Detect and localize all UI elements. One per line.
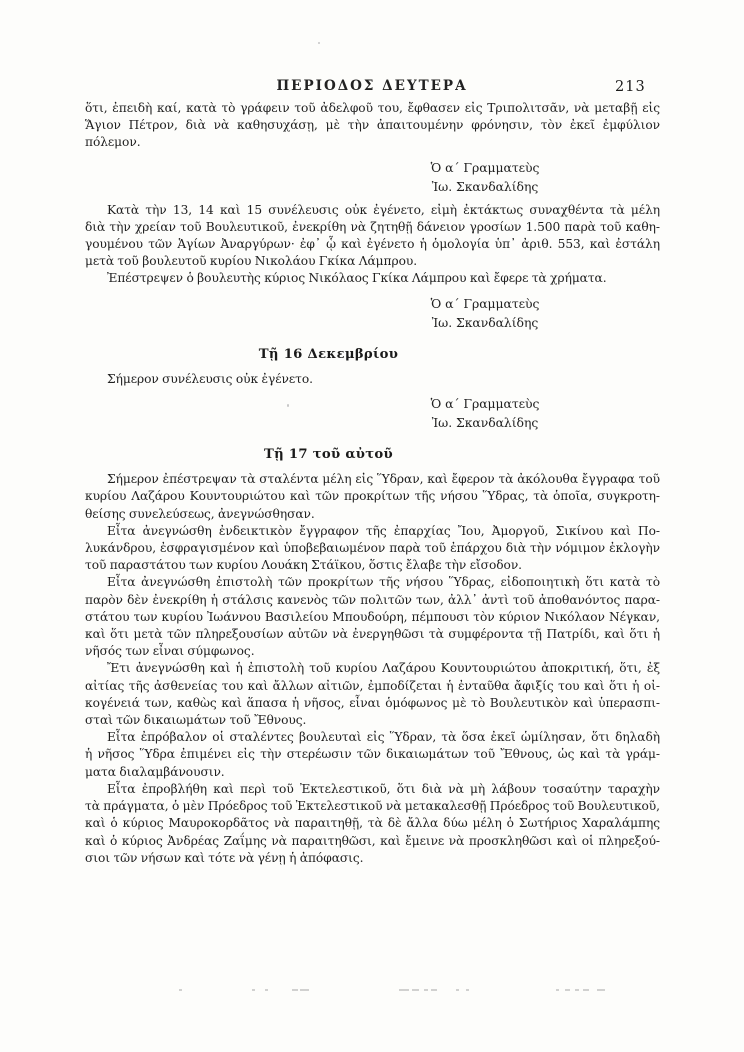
signature-block: Ὁ α΄ ΓραμματεὺςἸω. Σκανδαλίδης	[405, 294, 565, 332]
text-line: σταὶ τῶν δικαιωμάτων τοῦ Ἔθνους.	[85, 712, 660, 729]
text-line: καὶ ὁ κύριος Ἀνδρέας Ζαΐμης νὰ παραιτηθῶ…	[85, 833, 660, 850]
text-line: αἰτίας τῆς ἀσθενείας του καὶ ἄλλων αἰτιῶ…	[85, 678, 660, 695]
paragraph: Ἔτι ἀνεγνώσθη καὶ ἡ ἐπιστολὴ τοῦ κυρίου …	[85, 660, 660, 729]
text-line: κυρίου Λαζάρου Κουντουριώτου καὶ τῶν προ…	[85, 488, 660, 505]
text-line: Εἶτα ἐπροβλήθη καὶ περὶ τοῦ Ἐκτελεστικοῦ…	[85, 781, 660, 798]
text-line: Κατὰ τὴν 13, 14 καὶ 15 συνέλευσις οὐκ ἐγ…	[85, 202, 660, 219]
text-line: Εἶτα ἀνεγνώσθη ἐπιστολὴ τῶν προκρίτων τῆ…	[85, 574, 660, 591]
text-line: στάτου των κυρίου Ἰωάννου Βασιλείου Μπου…	[85, 609, 660, 626]
text-line: ἡ νῆσος Ὕδρα ἐπιμένει εἰς τὴν στερέωσιν …	[85, 746, 660, 763]
paragraph: Ἐπέστρεψεν ὁ βουλευτὴς κύριος Νικόλαος Γ…	[85, 270, 660, 287]
signature-name: Ἰω. Σκανδαλίδης	[405, 313, 565, 332]
text-line: νῆσός των εἶναι σύμφωνος.	[85, 643, 660, 660]
section-heading: Τῇ 17 τοῦ αὐτοῦ	[41, 446, 616, 463]
section-heading: Τῇ 16 Δεκεμβρίου	[41, 346, 616, 363]
text-line: Σήμερον ἐπέστρεψαν τὰ σταλέντα μέλη εἰς …	[85, 471, 660, 488]
scan-speck	[318, 42, 320, 44]
paragraph: Εἶτα ἐπρόβαλον οἱ σταλέντες βουλευταὶ εἰ…	[85, 729, 660, 781]
paragraph: Εἶτα ἀνεγνώσθη ἐνδεικτικὸν ἔγγραφον τῆς …	[85, 523, 660, 575]
paragraph: ὅτι, ἐπειδὴ καί, κατὰ τὸ γράφειν τοῦ ἀδε…	[85, 100, 660, 152]
paragraph: Σήμερον ἐπέστρεψαν τὰ σταλέντα μέλη εἰς …	[85, 471, 660, 523]
paragraph: Εἶτα ἀνεγνώσθη ἐπιστολὴ τῶν προκρίτων τῆ…	[85, 574, 660, 660]
scanned-book-page: ΠΕΡΙΟΔΟΣ ΔΕΥΤΕΡΑ 213 ὅτι, ἐπειδὴ καί, κα…	[0, 0, 744, 1052]
text-line: κογένειά των, καθὼς καὶ ἅπασα ἡ νῆσος, ε…	[85, 695, 660, 712]
text-line: τὰ πράγματα, ὁ μὲν Πρόεδρος τοῦ Ἐκτελεστ…	[85, 798, 660, 815]
text-line: Εἶτα ἀνεγνώσθη ἐνδεικτικὸν ἔγγραφον τῆς …	[85, 523, 660, 540]
paragraph: Εἶτα ἐπροβλήθη καὶ περὶ τοῦ Ἐκτελεστικοῦ…	[85, 781, 660, 867]
text-line: Σήμερον συνέλευσις οὐκ ἐγένετο.	[85, 371, 660, 388]
text-line: θείσης συνελεύσεως, ἀνεγνώσθησαν.	[85, 506, 660, 523]
text-line: διὰ τὴν χρείαν τοῦ Βουλευτικοῦ, ἐνεκρίθη…	[85, 219, 660, 236]
text-line: μετὰ τοῦ βουλευτοῦ κυρίου Νικολάου Γκίκα…	[85, 253, 660, 270]
text-line: ματα διαλαμβάνουσιν.	[85, 764, 660, 781]
text-line: Ἅγιον Πέτρον, διὰ νὰ καθησυχάσῃ, μὲ τὴν …	[85, 117, 660, 151]
text-line: γουμένου τῶν Ἁγίων Ἀναργύρων· ἐφ᾽ ᾧ καὶ …	[85, 236, 660, 253]
text-line: Εἶτα ἐπρόβαλον οἱ σταλέντες βουλευταὶ εἰ…	[85, 729, 660, 746]
signature-name: Ἰω. Σκανδαλίδης	[405, 177, 565, 196]
text-line: καὶ ὁ κύριος Μαυροκορδᾶτος νὰ παραιτηθῇ,…	[85, 815, 660, 832]
text-line: Ἐπέστρεψεν ὁ βουλευτὴς κύριος Νικόλαος Γ…	[85, 270, 660, 287]
signature-name: Ἰω. Σκανδαλίδης	[405, 413, 565, 432]
scan-artifact-dashes	[0, 989, 744, 992]
signature-role: Ὁ α΄ Γραμματεὺς	[405, 294, 565, 313]
page-number: 213	[615, 79, 646, 95]
text-line: σιοι τῶν νήσων καὶ τότε νὰ γένῃ ἡ ἀπόφασ…	[85, 850, 660, 867]
text-line: ὅτι, ἐπειδὴ καί, κατὰ τὸ γράφειν τοῦ ἀδε…	[85, 100, 660, 117]
signature-block: Ὁ α΄ ΓραμματεὺςἸω. Σκανδαλίδης	[405, 158, 565, 196]
scan-speck	[287, 404, 289, 407]
text-line: Ἔτι ἀνεγνώσθη καὶ ἡ ἐπιστολὴ τοῦ κυρίου …	[85, 660, 660, 677]
text-line: καὶ ὅτι μετὰ τῶν πληρεξουσίων αὐτῶν νὰ ἐ…	[85, 626, 660, 643]
signature-role: Ὁ α΄ Γραμματεὺς	[405, 394, 565, 413]
text-line: παρὸν δὲν ἐνεκρίθη ἡ στάλσις κανενὸς τῶν…	[85, 592, 660, 609]
signature-role: Ὁ α΄ Γραμματεὺς	[405, 158, 565, 177]
text-column: ὅτι, ἐπειδὴ καί, κατὰ τὸ γράφειν τοῦ ἀδε…	[85, 100, 660, 867]
paragraph: Σήμερον συνέλευσις οὐκ ἐγένετο.	[85, 371, 660, 388]
text-line: λυκάνδρου, ἐσφραγισμένον καὶ ὑποβεβαιωμέ…	[85, 540, 660, 557]
paragraph: Κατὰ τὴν 13, 14 καὶ 15 συνέλευσις οὐκ ἐγ…	[85, 202, 660, 271]
signature-block: Ὁ α΄ ΓραμματεὺςἸω. Σκανδαλίδης	[405, 394, 565, 432]
text-line: τοῦ παραστάτου των κυρίου Λουάκη Στάϊκου…	[85, 557, 660, 574]
